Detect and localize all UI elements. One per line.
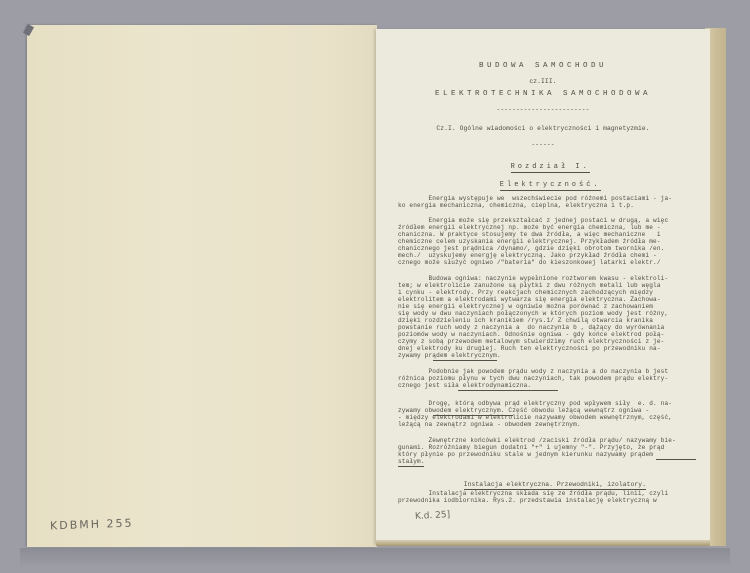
underline-pradem [656,459,696,460]
document-title: BUDOWA SAMOCHODU [376,62,710,70]
title-divider: ------------------------ [376,106,710,113]
body-line: różnica poziomu płynu w tych dwu naczyni… [398,375,668,382]
body-line: zywamy prądem elektrycznym. [398,352,501,359]
body-line: i cynku - elektrody. Przy reakcjach chem… [398,289,653,296]
body-line: Zewnętrzne końcówki elektrod /zaciski źr… [398,437,676,444]
table-shadow [20,548,730,568]
handwritten-mark: K.d. 25] [415,510,451,522]
body-line: ko energia mechaniczna, chemiczna, ciepl… [398,202,634,209]
section-heading: Cz.I. Ogólne wiadomości o elektryczności… [376,125,710,132]
document-subtitle: ELEKTROTECHNIKA SAMOCHODOWA [376,90,710,98]
body-line: gunami. Rozróżniamy biegun dodatni "+" i… [398,444,664,451]
body-line: nie się energii elektrycznej w ogniwie m… [398,303,653,310]
body-line: dzięki rozdzieleniu ich kranikiem /rys.1… [398,317,653,324]
body-line: czymy z sobą przewodem metalowym stwierd… [398,338,664,345]
section2-title: Instalacja elektryczna. Przewodniki, izo… [464,481,646,490]
body-line: Drogę, którą odbywa prąd elektryczny pod… [398,400,672,407]
body-line: chemiczne celem uzyskania energii elektr… [398,238,661,245]
body-line: elektrolitem a elektrodami wytwarza się … [398,296,661,303]
underline-obwod [433,415,513,416]
body-line: leżącą na zewnątrz ogniwa - obwodem zewn… [398,421,581,428]
body-line: chaniczna. W praktyce stosujemy te dwa ź… [398,231,661,238]
body-line: przewodnika iodbiornika. Rys.2. przedsta… [398,497,657,504]
body-line: Energia występuje we wszechświecie pod r… [398,195,672,202]
body-line: powstanie ruch wody z naczynia a do nacz… [398,324,664,331]
body-line: mech./ uzyskujemy energję elektryczną. J… [398,252,657,259]
page-bottom-edge [376,540,710,546]
document-part: cz.III. [376,78,710,85]
body-line: cznego jest siła elektrodynamiczna. [398,382,531,389]
body-line: dnej elektrody ku drugiej. Ruch ten elek… [398,345,661,352]
body-line: chanicznego jest prądnica /dynamo/, gdzi… [398,245,664,252]
body-line: źródłem energii elektrycznej np. może by… [398,224,661,231]
body-line: cznego może służyć ogniwo /"bateria" do … [398,259,661,266]
body-line: stałym. [398,458,425,465]
body-line: zywamy obwodem elektrycznym. Część obwod… [398,407,649,414]
underline-sila [458,390,558,391]
underline-prad [433,360,497,361]
body-line: się wody w dwu naczyniach połączonych w … [398,310,668,317]
chapter-title-wrap: Elektryczność. [376,173,710,191]
body-line: Instalacja elektryczna składa się ze źró… [398,490,668,497]
chapter-number-wrap: Rozdział I. [376,155,710,173]
chapter-title: Elektryczność. [500,181,601,191]
body-line: poziomów wody w naczyniach. Odnośnie ogn… [398,331,664,338]
body-line: tem; w elektrolicie zanużone są płytki z… [398,282,661,289]
body-line: Budowa ogniwa: naczynie wypełnione roztw… [398,275,668,282]
underline-stalym [398,466,424,467]
body-line: który płynie po przewodniku stale w jedn… [398,451,653,458]
chapter-number: Rozdział I. [511,163,590,173]
section-divider: ------ [376,141,710,148]
section2-title-wrap: Instalacja elektryczna. Przewodniki, izo… [456,474,646,490]
body-line: Podobnie jak powodem prądu wody z naczyn… [398,368,668,375]
left-page [27,25,377,547]
body-line: Energia może się przekształcać z jednej … [398,217,668,224]
